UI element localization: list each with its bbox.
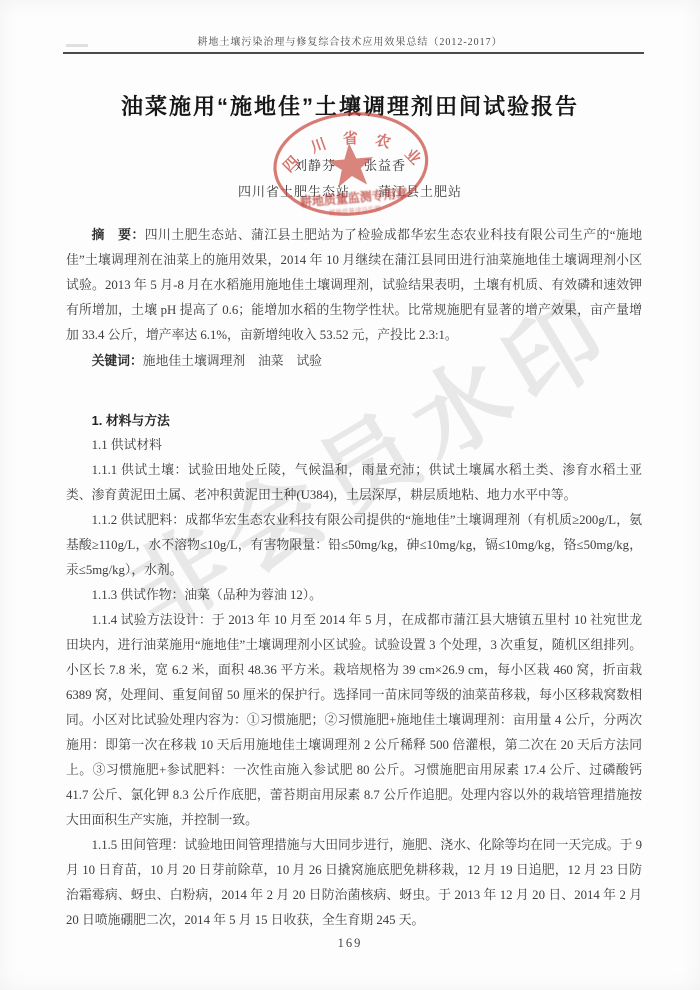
paragraph-1-1-2: 1.1.2 供试肥料：成都华宏生态农业科技有限公司提供的“施地佳”土壤调理剂（有… bbox=[66, 508, 642, 583]
abstract-text: 四川土肥生态站、蒲江县土肥站为了检验成都华宏生态农业科技有限公司生产的“施地佳”… bbox=[66, 228, 642, 342]
section-heading-1: 1. 材料与方法 bbox=[66, 408, 642, 433]
document-page: 耕地土壤污染治理与修复综合技术应用效果总结（2012-2017） 油菜施用“施地… bbox=[0, 0, 700, 990]
section-heading-1-1: 1.1 供试材料 bbox=[66, 433, 642, 458]
keywords-line: 关键词：施地佳土壤调理剂 油菜 试验 bbox=[66, 348, 642, 374]
page-number: 169 bbox=[0, 936, 700, 951]
abstract-paragraph: 摘 要：四川土肥生态站、蒲江县土肥站为了检验成都华宏生态农业科技有限公司生产的“… bbox=[66, 222, 642, 348]
margin-mark bbox=[66, 44, 88, 47]
article-body: 摘 要：四川土肥生态站、蒲江县土肥站为了检验成都华宏生态农业科技有限公司生产的“… bbox=[66, 222, 642, 933]
keywords-text: 施地佳土壤调理剂 油菜 试验 bbox=[143, 354, 322, 368]
running-header: 耕地土壤污染治理与修复综合技术应用效果总结（2012-2017） bbox=[0, 33, 700, 48]
abstract-label: 摘 要： bbox=[92, 227, 145, 242]
paragraph-1-1-3: 1.1.3 供试作物：油菜（品种为蓉油 12）。 bbox=[66, 583, 642, 608]
paragraph-1-1-4: 1.1.4 试验方法设计：于 2013 年 10 月至 2014 年 5 月，在… bbox=[66, 608, 642, 833]
paragraph-1-1-1: 1.1.1 供试土壤：试验田地处丘陵，气候温和，雨量充沛；供试土壤属水稻土类、渗… bbox=[66, 458, 642, 508]
keywords-label: 关键词： bbox=[92, 353, 143, 368]
header-rule bbox=[63, 52, 644, 54]
paragraph-1-1-5: 1.1.5 田间管理：试验地田间管理措施与大田同步进行，施肥、浇水、化除等均在同… bbox=[66, 833, 642, 933]
official-stamp: 四 川 省 农 业 厅 耕地质量监测专用章 耕地质量建设监测 bbox=[263, 103, 438, 229]
